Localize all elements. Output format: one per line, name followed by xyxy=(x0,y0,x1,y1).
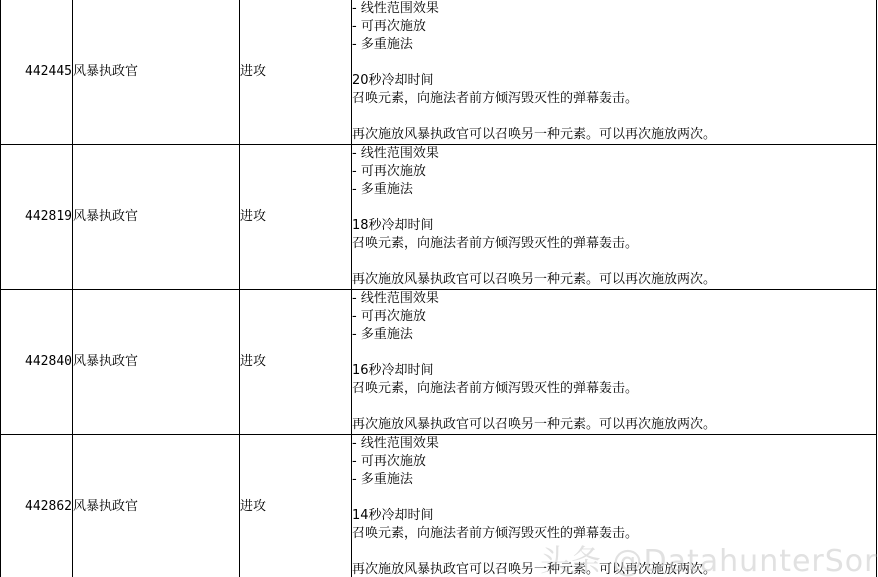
skill-name-cell: 风暴执政官 xyxy=(73,290,240,435)
desc-line xyxy=(352,543,876,561)
desc-line: - 线性范围效果 xyxy=(352,290,876,308)
skill-name-cell: 风暴执政官 xyxy=(73,0,240,145)
desc-line: - 线性范围效果 xyxy=(352,435,876,453)
desc-line: 再次施放风暴执政官可以召唤另一种元素。可以再次施放两次。 xyxy=(352,561,876,577)
desc-line: - 可再次施放 xyxy=(352,18,876,36)
skill-description-cell: - 线性范围效果 - 可再次施放 - 多重施法 18秒冷却时间 召唤元素，向施法… xyxy=(352,145,877,290)
desc-line: 14秒冷却时间 xyxy=(352,507,876,525)
desc-line: 16秒冷却时间 xyxy=(352,362,876,380)
skill-id-cell: 442840 xyxy=(1,290,73,435)
desc-line: 再次施放风暴执政官可以召唤另一种元素。可以再次施放两次。 xyxy=(352,126,876,144)
table-row: 442862 风暴执政官 进攻 - 线性范围效果 - 可再次施放 - 多重施法 … xyxy=(1,435,877,577)
table-row: 442840 风暴执政官 进攻 - 线性范围效果 - 可再次施放 - 多重施法 … xyxy=(1,290,877,435)
desc-line: 18秒冷却时间 xyxy=(352,217,876,235)
desc-line xyxy=(352,199,876,217)
desc-line: - 线性范围效果 xyxy=(352,145,876,163)
desc-line: - 可再次施放 xyxy=(352,308,876,326)
desc-line: 召唤元素，向施法者前方倾泻毁灭性的弹幕轰击。 xyxy=(352,90,876,108)
desc-line xyxy=(352,344,876,362)
desc-line: - 可再次施放 xyxy=(352,163,876,181)
desc-line: - 可再次施放 xyxy=(352,453,876,471)
skill-type-cell: 进攻 xyxy=(240,290,352,435)
desc-line: - 多重施法 xyxy=(352,181,876,199)
desc-line xyxy=(352,489,876,507)
skill-table: 442445 风暴执政官 进攻 - 线性范围效果 - 可再次施放 - 多重施法 … xyxy=(0,0,877,577)
desc-line xyxy=(352,108,876,126)
desc-line xyxy=(352,398,876,416)
skill-description-cell: - 线性范围效果 - 可再次施放 - 多重施法 16秒冷却时间 召唤元素，向施法… xyxy=(352,290,877,435)
desc-line: 再次施放风暴执政官可以召唤另一种元素。可以再次施放两次。 xyxy=(352,416,876,434)
skill-id-cell: 442862 xyxy=(1,435,73,577)
skill-description-cell: - 线性范围效果 - 可再次施放 - 多重施法 14秒冷却时间 召唤元素，向施法… xyxy=(352,435,877,577)
skill-name-cell: 风暴执政官 xyxy=(73,145,240,290)
desc-line xyxy=(352,253,876,271)
skill-type-cell: 进攻 xyxy=(240,435,352,577)
desc-line: 再次施放风暴执政官可以召唤另一种元素。可以再次施放两次。 xyxy=(352,271,876,289)
desc-line: - 多重施法 xyxy=(352,326,876,344)
desc-line: 召唤元素，向施法者前方倾泻毁灭性的弹幕轰击。 xyxy=(352,380,876,398)
desc-line: - 线性范围效果 xyxy=(352,0,876,18)
skill-id-cell: 442445 xyxy=(1,0,73,145)
desc-line: - 多重施法 xyxy=(352,36,876,54)
skill-type-cell: 进攻 xyxy=(240,0,352,145)
desc-line: - 多重施法 xyxy=(352,471,876,489)
desc-line: 20秒冷却时间 xyxy=(352,72,876,90)
desc-line xyxy=(352,54,876,72)
skill-id-cell: 442819 xyxy=(1,145,73,290)
desc-line: 召唤元素，向施法者前方倾泻毁灭性的弹幕轰击。 xyxy=(352,235,876,253)
skill-description-cell: - 线性范围效果 - 可再次施放 - 多重施法 20秒冷却时间 召唤元素，向施法… xyxy=(352,0,877,145)
table-row: 442819 风暴执政官 进攻 - 线性范围效果 - 可再次施放 - 多重施法 … xyxy=(1,145,877,290)
skill-type-cell: 进攻 xyxy=(240,145,352,290)
skill-name-cell: 风暴执政官 xyxy=(73,435,240,577)
desc-line: 召唤元素，向施法者前方倾泻毁灭性的弹幕轰击。 xyxy=(352,525,876,543)
table-row: 442445 风暴执政官 进攻 - 线性范围效果 - 可再次施放 - 多重施法 … xyxy=(1,0,877,145)
